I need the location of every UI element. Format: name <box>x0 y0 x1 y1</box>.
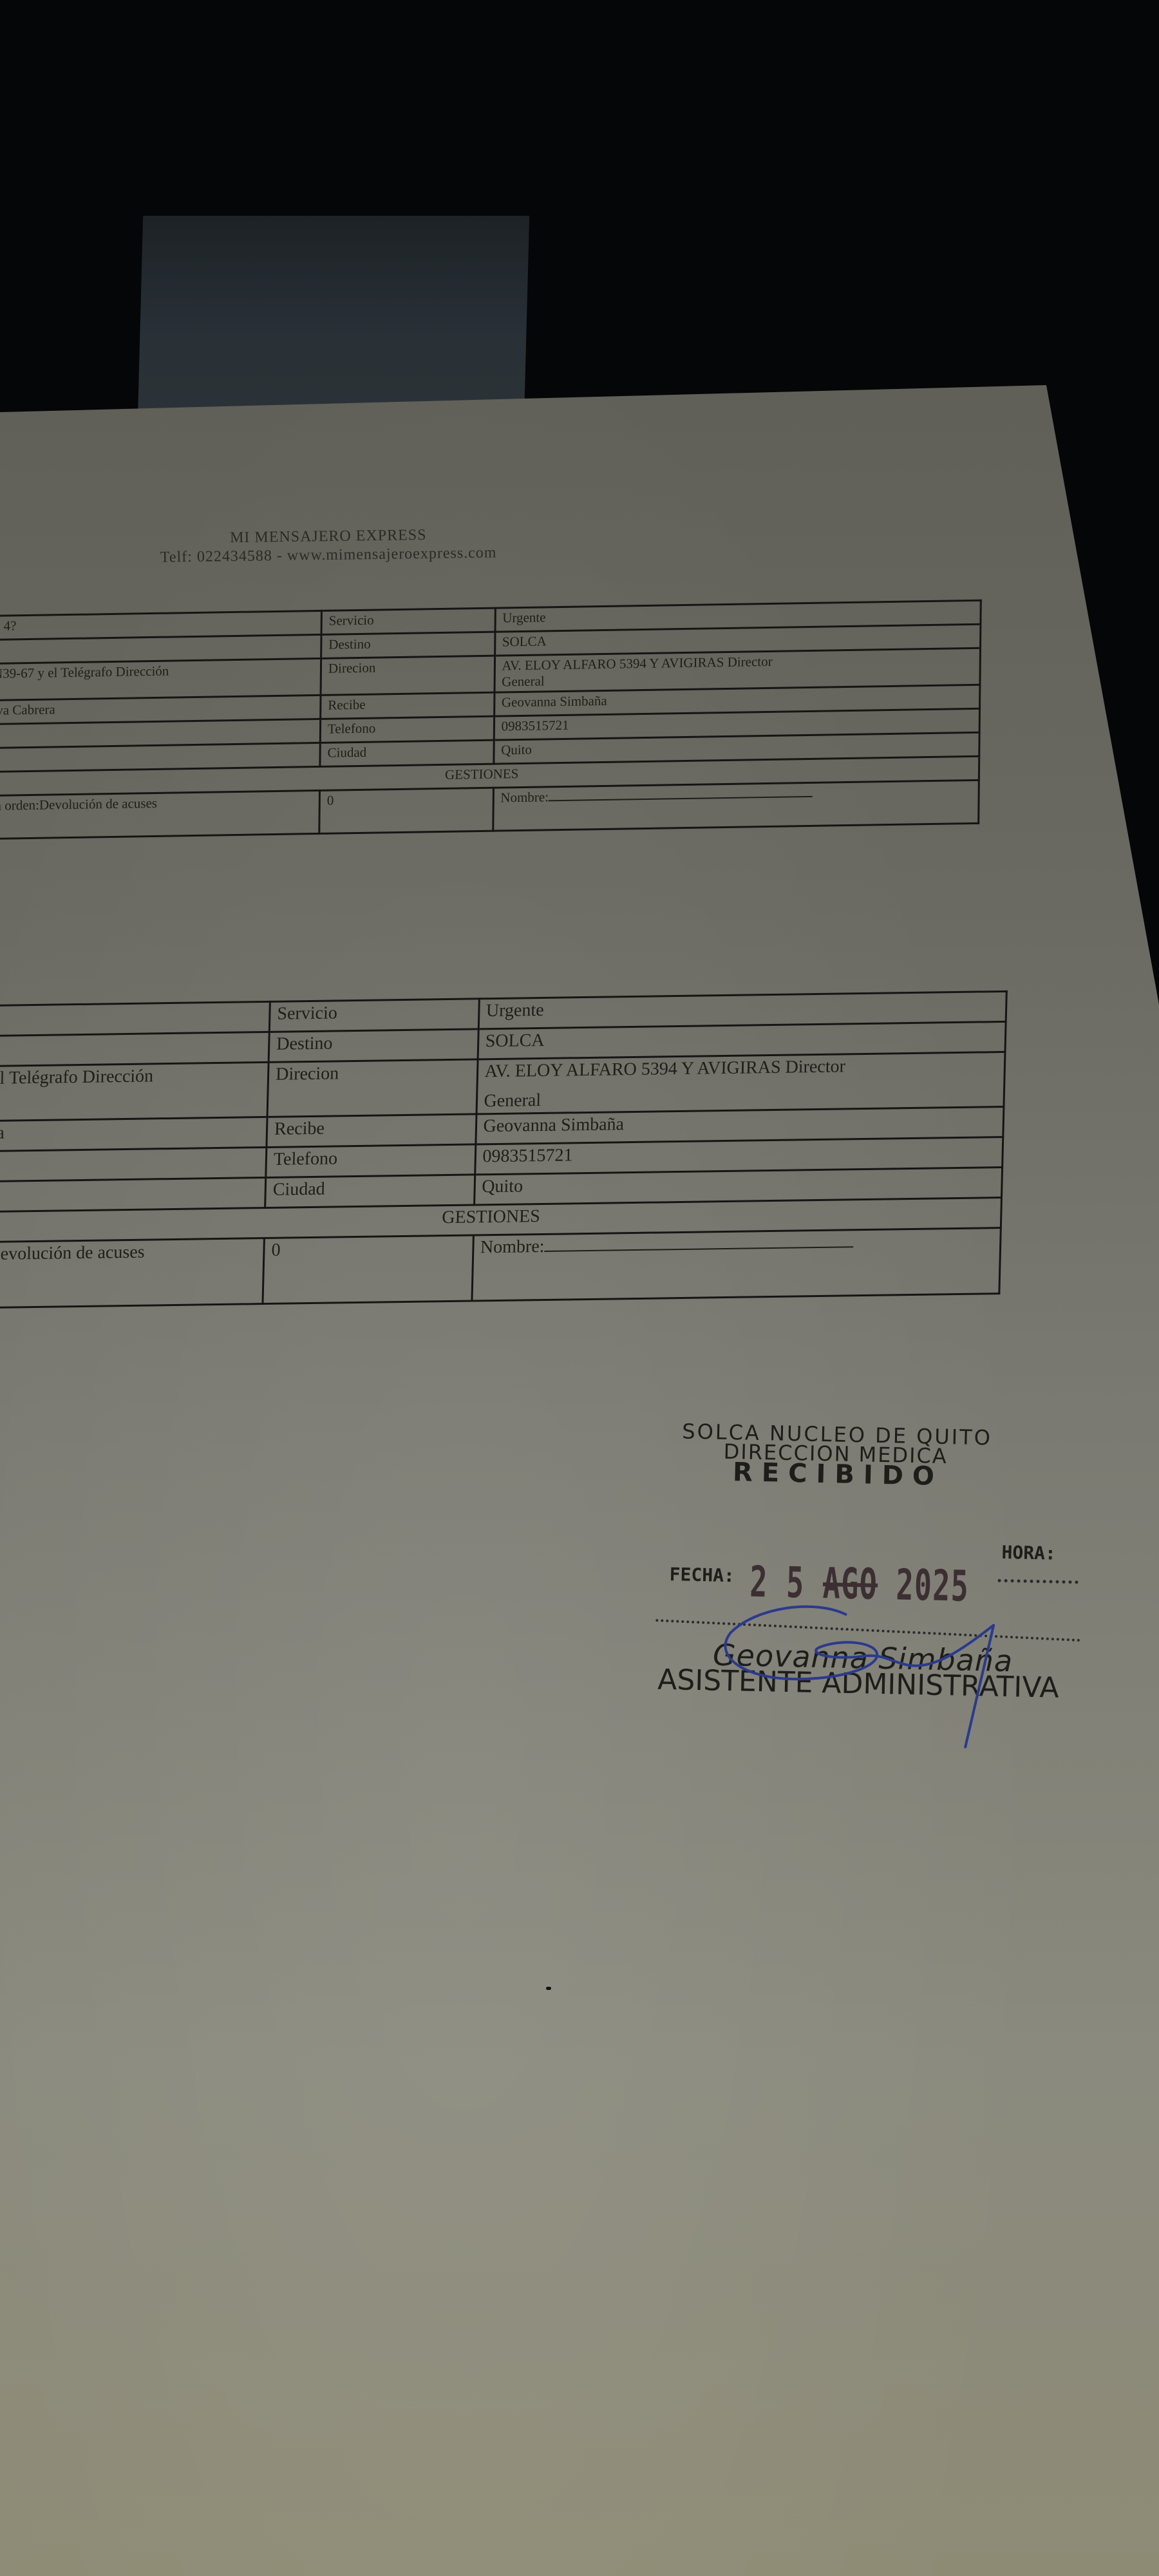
name-label: Nombre: <box>500 789 549 805</box>
gestion-description: la orden:Devolución de acuses o <box>0 790 319 838</box>
handwritten-signature <box>714 1581 1052 1756</box>
gestion-name-field: Nombre: <box>493 780 979 831</box>
field-label: Telefono <box>320 716 494 743</box>
name-blank-line <box>549 796 813 801</box>
time-dotted-line <box>998 1579 1079 1584</box>
field-label: Direcion <box>267 1059 478 1117</box>
background-object <box>138 216 529 422</box>
sender-cell: N39-67 y el Telégrafo Dirección <box>0 658 321 700</box>
sender-cell: el Telégrafo Dirección <box>0 1062 269 1121</box>
field-label: Destino <box>269 1029 478 1063</box>
address-line-1: AV. ELOY ALFARO 5394 Y AVIGIRAS Director <box>484 1054 997 1082</box>
sender-cell <box>0 1147 267 1181</box>
field-label: Servicio <box>321 608 495 634</box>
paper-speck <box>546 1987 551 1990</box>
field-label: Telefono <box>266 1144 476 1178</box>
gestion-description: Devolución de acuses <box>0 1238 265 1308</box>
stamp-status: RECIBIDO <box>733 1457 944 1492</box>
sender-cell <box>0 1032 269 1066</box>
delivery-form-1: 7 4? Servicio Urgente Destino SOLCA N39-… <box>0 600 982 840</box>
gestion-name-field: Nombre: <box>471 1228 1001 1301</box>
field-label: Recibe <box>321 692 495 719</box>
field-label: Servicio <box>269 999 479 1032</box>
field-label: Direcion <box>321 656 495 695</box>
stamp-time-label: HORA: <box>1001 1542 1056 1564</box>
name-label: Nombre: <box>480 1236 545 1257</box>
field-value: AV. ELOY ALFARO 5394 Y AVIGIRAS Director… <box>476 1052 1005 1113</box>
sender-cell <box>0 1001 270 1036</box>
field-label: Destino <box>321 632 495 658</box>
name-blank-line <box>544 1246 853 1252</box>
gestion-quantity: 0 <box>263 1235 473 1304</box>
field-label: Recibe <box>267 1114 476 1148</box>
document-header: MI MENSAJERO EXPRESS Telf: 022434588 - w… <box>97 525 561 567</box>
sender-cell <box>0 1177 266 1211</box>
gestion-row: Devolución de acuses 0 Nombre: <box>0 1228 1001 1308</box>
gestion-quantity: 0 <box>319 788 493 833</box>
reception-stamp: SOLCA NUCLEO DE QUITO DIRECCION MEDICA R… <box>654 1419 1110 1718</box>
field-label: Ciudad <box>320 740 494 766</box>
delivery-form-2: Servicio Urgente Destino SOLCA el Telégr… <box>0 990 1008 1309</box>
sender-cell: ra <box>0 1117 267 1151</box>
field-label: Ciudad <box>265 1175 475 1208</box>
